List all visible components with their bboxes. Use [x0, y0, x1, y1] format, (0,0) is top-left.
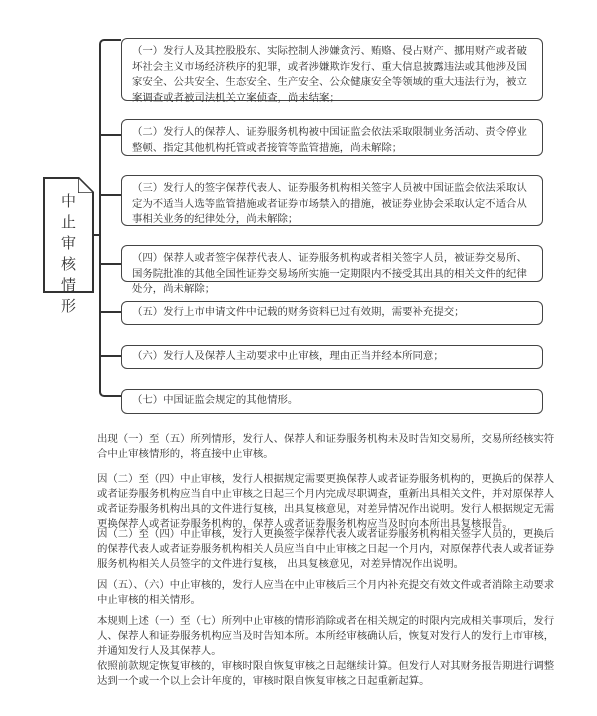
connector-branch [99, 355, 121, 357]
condition-box-6: （六）发行人及保荐人主动要求中止审核，理由正当并经本所同意； [121, 345, 543, 369]
root-node-document: 中 止 审 核 情 形 [43, 177, 94, 293]
paragraph-resume-review: 本规则上述（一）至（七）所列中止审核的情形消除或者在相关规定的时限内完成相关事项… [97, 614, 559, 659]
paragraph-replace-signatory: 因（二）至（四）中止审核，发行人更换签字保荐代表人或者证券服务机构相关签字人员的… [97, 527, 559, 572]
root-connector [94, 234, 100, 236]
suspension-diagram: 中 止 审 核 情 形 （一）发行人及其控股股东、实际控制人涉嫌贪污、贿赂、侵占… [0, 0, 597, 420]
root-char: 形 [45, 296, 92, 317]
connector-branch [99, 311, 121, 313]
condition-box-2: （二）发行人的保荐人、证券服务机构被中国证监会依法采取限制业务活动、责令停业整顿… [121, 119, 543, 156]
condition-box-5: （五）发行上市申请文件中记载的财务资料已过有效期，需要补充提交； [121, 301, 543, 325]
root-char: 中 [45, 191, 92, 212]
paragraph-supplement-documents: 因（五）、（六）中止审核的，发行人应当在中止审核后三个月内补充提交有效文件或者消… [97, 578, 559, 608]
paragraph-review-time-limit: 依照前款规定恢复审核的，审核时限自恢复审核之日起继续计算。但发行人对其财务报告期… [97, 659, 559, 689]
condition-box-7: （七）中国证监会规定的其他情形。 [121, 389, 543, 414]
connector-branch [99, 134, 121, 136]
root-char: 止 [45, 212, 92, 233]
connector-trunk [99, 39, 121, 397]
paragraph-replace-sponsor: 因（二）至（四）中止审核，发行人根据规定需要更换保荐人或者证券服务机构的，更换后… [97, 472, 559, 532]
root-char: 核 [45, 254, 92, 275]
paragraph-direct-suspension: 出现（一）至（五）所列情形，发行人、保荐人和证券服务机构未及时告知交易所，交易所… [97, 432, 559, 462]
root-char: 审 [45, 233, 92, 254]
root-node-label: 中 止 审 核 情 形 [45, 191, 92, 317]
connector-branch [99, 263, 121, 265]
root-char: 情 [45, 275, 92, 296]
condition-box-4: （四）保荐人或者签字保荐代表人、证券服务机构或者相关签字人员，被证券交易所、国务… [121, 245, 543, 282]
condition-box-3: （三）发行人的签字保荐代表人、证券服务机构相关签字人员被中国证监会依法采取认定为… [121, 175, 543, 226]
connector-branch [99, 194, 121, 196]
condition-box-1: （一）发行人及其控股股东、实际控制人涉嫌贪污、贿赂、侵占财产、挪用财产或者破坏社… [121, 38, 543, 101]
